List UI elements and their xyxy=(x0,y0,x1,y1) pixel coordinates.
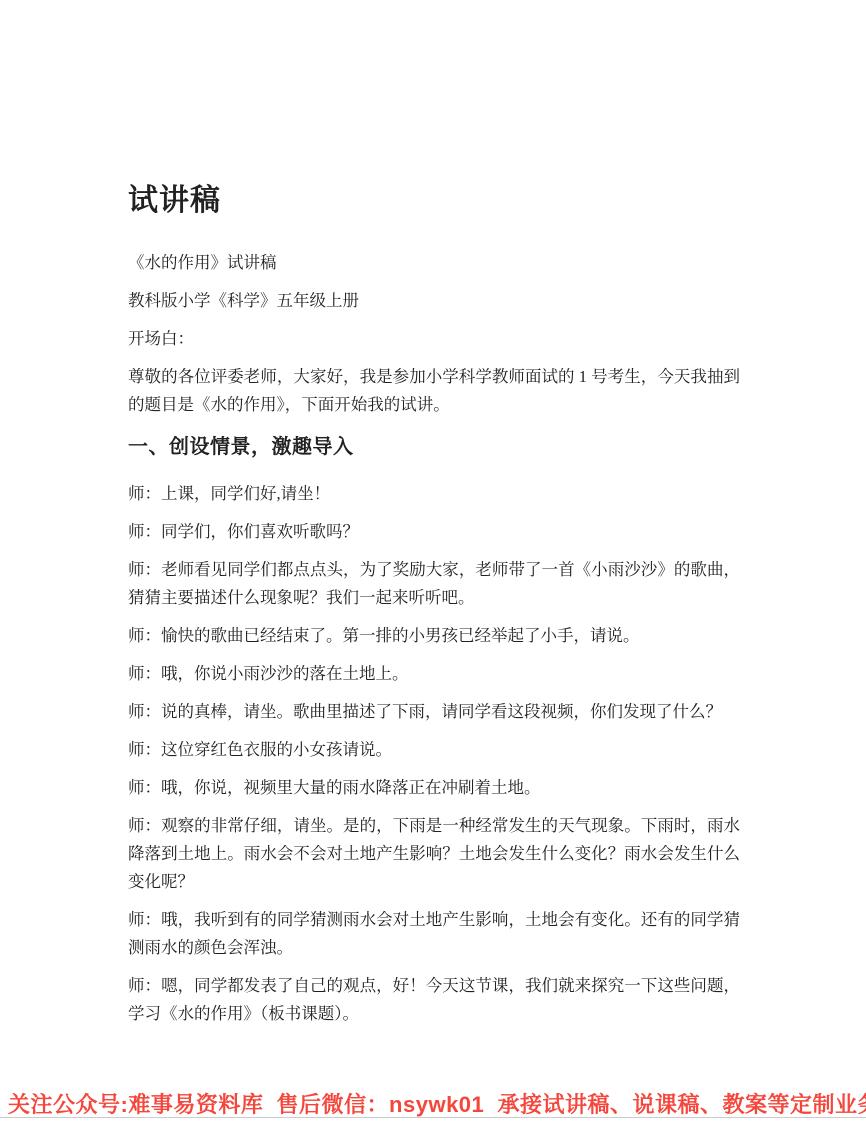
paragraph: 师：同学们，你们喜欢听歌吗？ xyxy=(128,518,740,546)
paragraph: 师：哦，我听到有的同学猜测雨水会对土地产生影响，土地会有变化。还有的同学猜测雨水… xyxy=(128,906,740,962)
paragraph: 师：说的真棒，请坐。歌曲里描述了下雨，请同学看这段视频，你们发现了什么？ xyxy=(128,698,740,726)
paragraph: 师：哦，你说小雨沙沙的落在土地上。 xyxy=(128,660,740,688)
paragraph: 尊敬的各位评委老师，大家好，我是参加小学科学教师面试的 1 号考生，今天我抽到的… xyxy=(128,363,740,419)
page-title: 试讲稿 xyxy=(128,183,740,219)
paragraph: 师：观察的非常仔细，请坐。是的，下雨是一种经常发生的天气现象。下雨时，雨水降落到… xyxy=(128,812,740,896)
paragraph: 师：老师看见同学们都点点头，为了奖励大家，老师带了一首《小雨沙沙》的歌曲，猜猜主… xyxy=(128,556,740,612)
paragraph: 师：愉快的歌曲已经结束了。第一排的小男孩已经举起了小手，请说。 xyxy=(128,622,740,650)
page-bottom-edge xyxy=(0,1117,866,1118)
document-body: 《水的作用》试讲稿教科版小学《科学》五年级上册开场白：尊敬的各位评委老师，大家好… xyxy=(128,249,740,1028)
paragraph: 开场白： xyxy=(128,325,740,353)
paragraph: 教科版小学《科学》五年级上册 xyxy=(128,287,740,315)
document-content: 试讲稿 《水的作用》试讲稿教科版小学《科学》五年级上册开场白：尊敬的各位评委老师… xyxy=(128,0,740,1028)
document-page: 试讲稿 《水的作用》试讲稿教科版小学《科学》五年级上册开场白：尊敬的各位评委老师… xyxy=(0,0,866,1122)
paragraph: 《水的作用》试讲稿 xyxy=(128,249,740,277)
paragraph: 师：上课，同学们好,请坐！ xyxy=(128,480,740,508)
paragraph: 师：嗯，同学都发表了自己的观点，好！今天这节课，我们就来探究一下这些问题，学习《… xyxy=(128,972,740,1028)
paragraph: 师：哦，你说，视频里大量的雨水降落正在冲刷着土地。 xyxy=(128,774,740,802)
promo-footer-banner: 关注公众号:难事易资料库 售后微信：nsywk01 承接试讲稿、说课稿、教案等定… xyxy=(8,1093,864,1117)
paragraph: 师：这位穿红色衣服的小女孩请说。 xyxy=(128,736,740,764)
section-heading: 一、创设情景，激趣导入 xyxy=(128,434,740,460)
